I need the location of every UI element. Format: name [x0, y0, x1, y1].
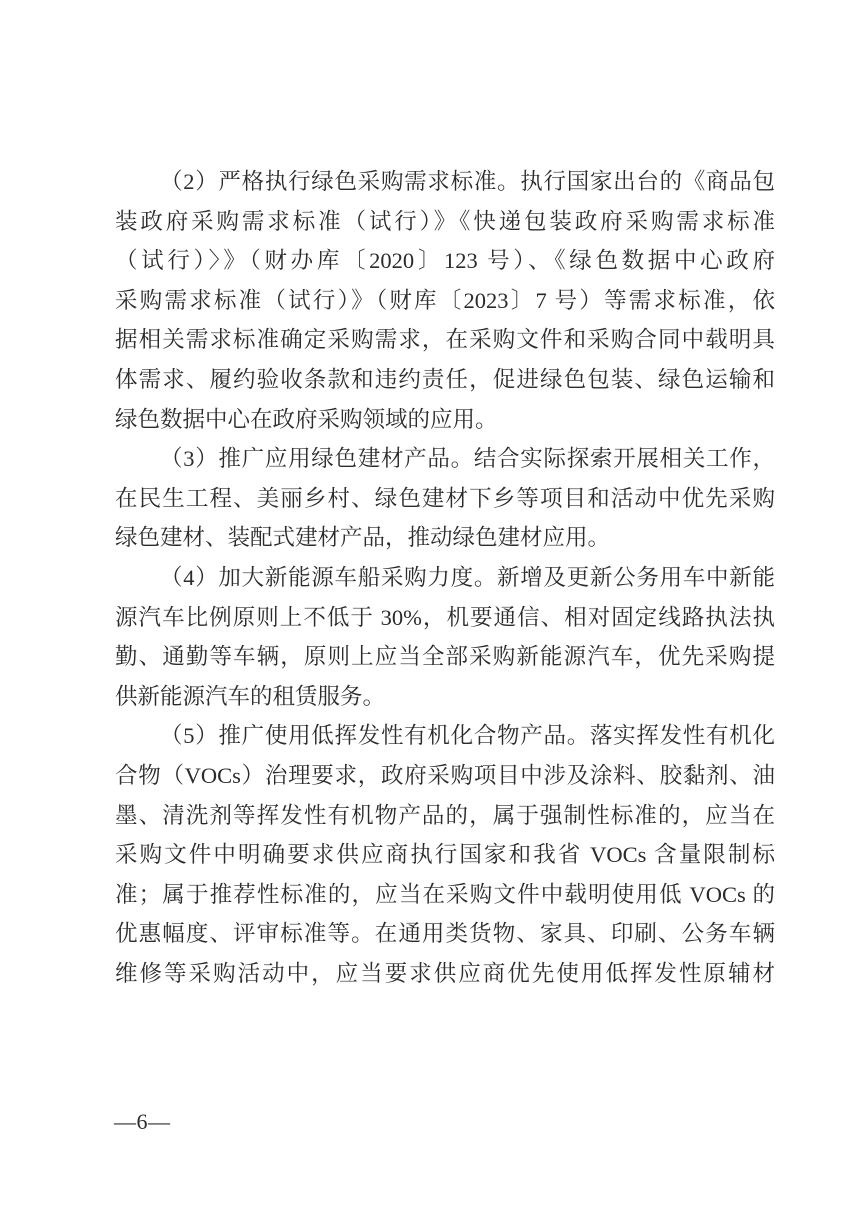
text-line: 准；属于推荐性标准的，应当在采购文件中载明使用低 VOCs 的 [115, 875, 775, 915]
paragraph: （2）严格执行绿色采购需求标准。执行国家出台的《商品包装政府采购需求标准（试行）… [115, 162, 775, 439]
text-line: 采购需求标准（试行）》（财库〔2023〕7 号）等需求标准，依 [115, 281, 775, 321]
text-line: 据相关需求标准确定采购需求，在采购文件和采购合同中载明具 [115, 320, 775, 360]
text-line: 维修等采购活动中，应当要求供应商优先使用低挥发性原辅材 [115, 954, 775, 994]
document-page: （2）严格执行绿色采购需求标准。执行国家出台的《商品包装政府采购需求标准（试行）… [0, 0, 868, 1228]
paragraph: （5）推广使用低挥发性有机化合物产品。落实挥发性有机化合物（VOCs）治理要求，… [115, 716, 775, 993]
paragraph: （4）加大新能源车船采购力度。新增及更新公务用车中新能源汽车比例原则上不低于 3… [115, 558, 775, 716]
text-line: 供新能源汽车的租赁服务。 [115, 677, 775, 717]
text-line: 绿色建材、装配式建材产品，推动绿色建材应用。 [115, 518, 775, 558]
text-line: （试行）〉》（财办库〔2020〕123 号）、《绿色数据中心政府 [115, 241, 775, 281]
text-line: （3）推广应用绿色建材产品。结合实际探索开展相关工作， [115, 439, 775, 479]
text-line: （4）加大新能源车船采购力度。新增及更新公务用车中新能 [115, 558, 775, 598]
text-line: 采购文件中明确要求供应商执行国家和我省 VOCs 含量限制标 [115, 835, 775, 875]
document-body: （2）严格执行绿色采购需求标准。执行国家出台的《商品包装政府采购需求标准（试行）… [115, 162, 775, 993]
text-line: （2）严格执行绿色采购需求标准。执行国家出台的《商品包 [115, 162, 775, 202]
text-line: 绿色数据中心在政府采购领域的应用。 [115, 400, 775, 440]
text-line: 在民生工程、美丽乡村、绿色建材下乡等项目和活动中优先采购 [115, 479, 775, 519]
paragraph: （3）推广应用绿色建材产品。结合实际探索开展相关工作，在民生工程、美丽乡村、绿色… [115, 439, 775, 558]
text-line: 源汽车比例原则上不低于 30%，机要通信、相对固定线路执法执 [115, 598, 775, 638]
text-line: 合物（VOCs）治理要求，政府采购项目中涉及涂料、胶黏剂、油 [115, 756, 775, 796]
text-line: 优惠幅度、评审标准等。在通用类货物、家具、印刷、公务车辆 [115, 914, 775, 954]
text-line: 墨、清洗剂等挥发性有机物产品的，属于强制性标准的，应当在 [115, 796, 775, 836]
text-line: 勤、通勤等车辆，原则上应当全部采购新能源汽车，优先采购提 [115, 637, 775, 677]
text-line: 体需求、履约验收条款和违约责任，促进绿色包装、绿色运输和 [115, 360, 775, 400]
page-number: —6— [114, 1106, 171, 1138]
text-line: （5）推广使用低挥发性有机化合物产品。落实挥发性有机化 [115, 716, 775, 756]
text-line: 装政府采购需求标准（试行）》《快递包装政府采购需求标准 [115, 202, 775, 242]
